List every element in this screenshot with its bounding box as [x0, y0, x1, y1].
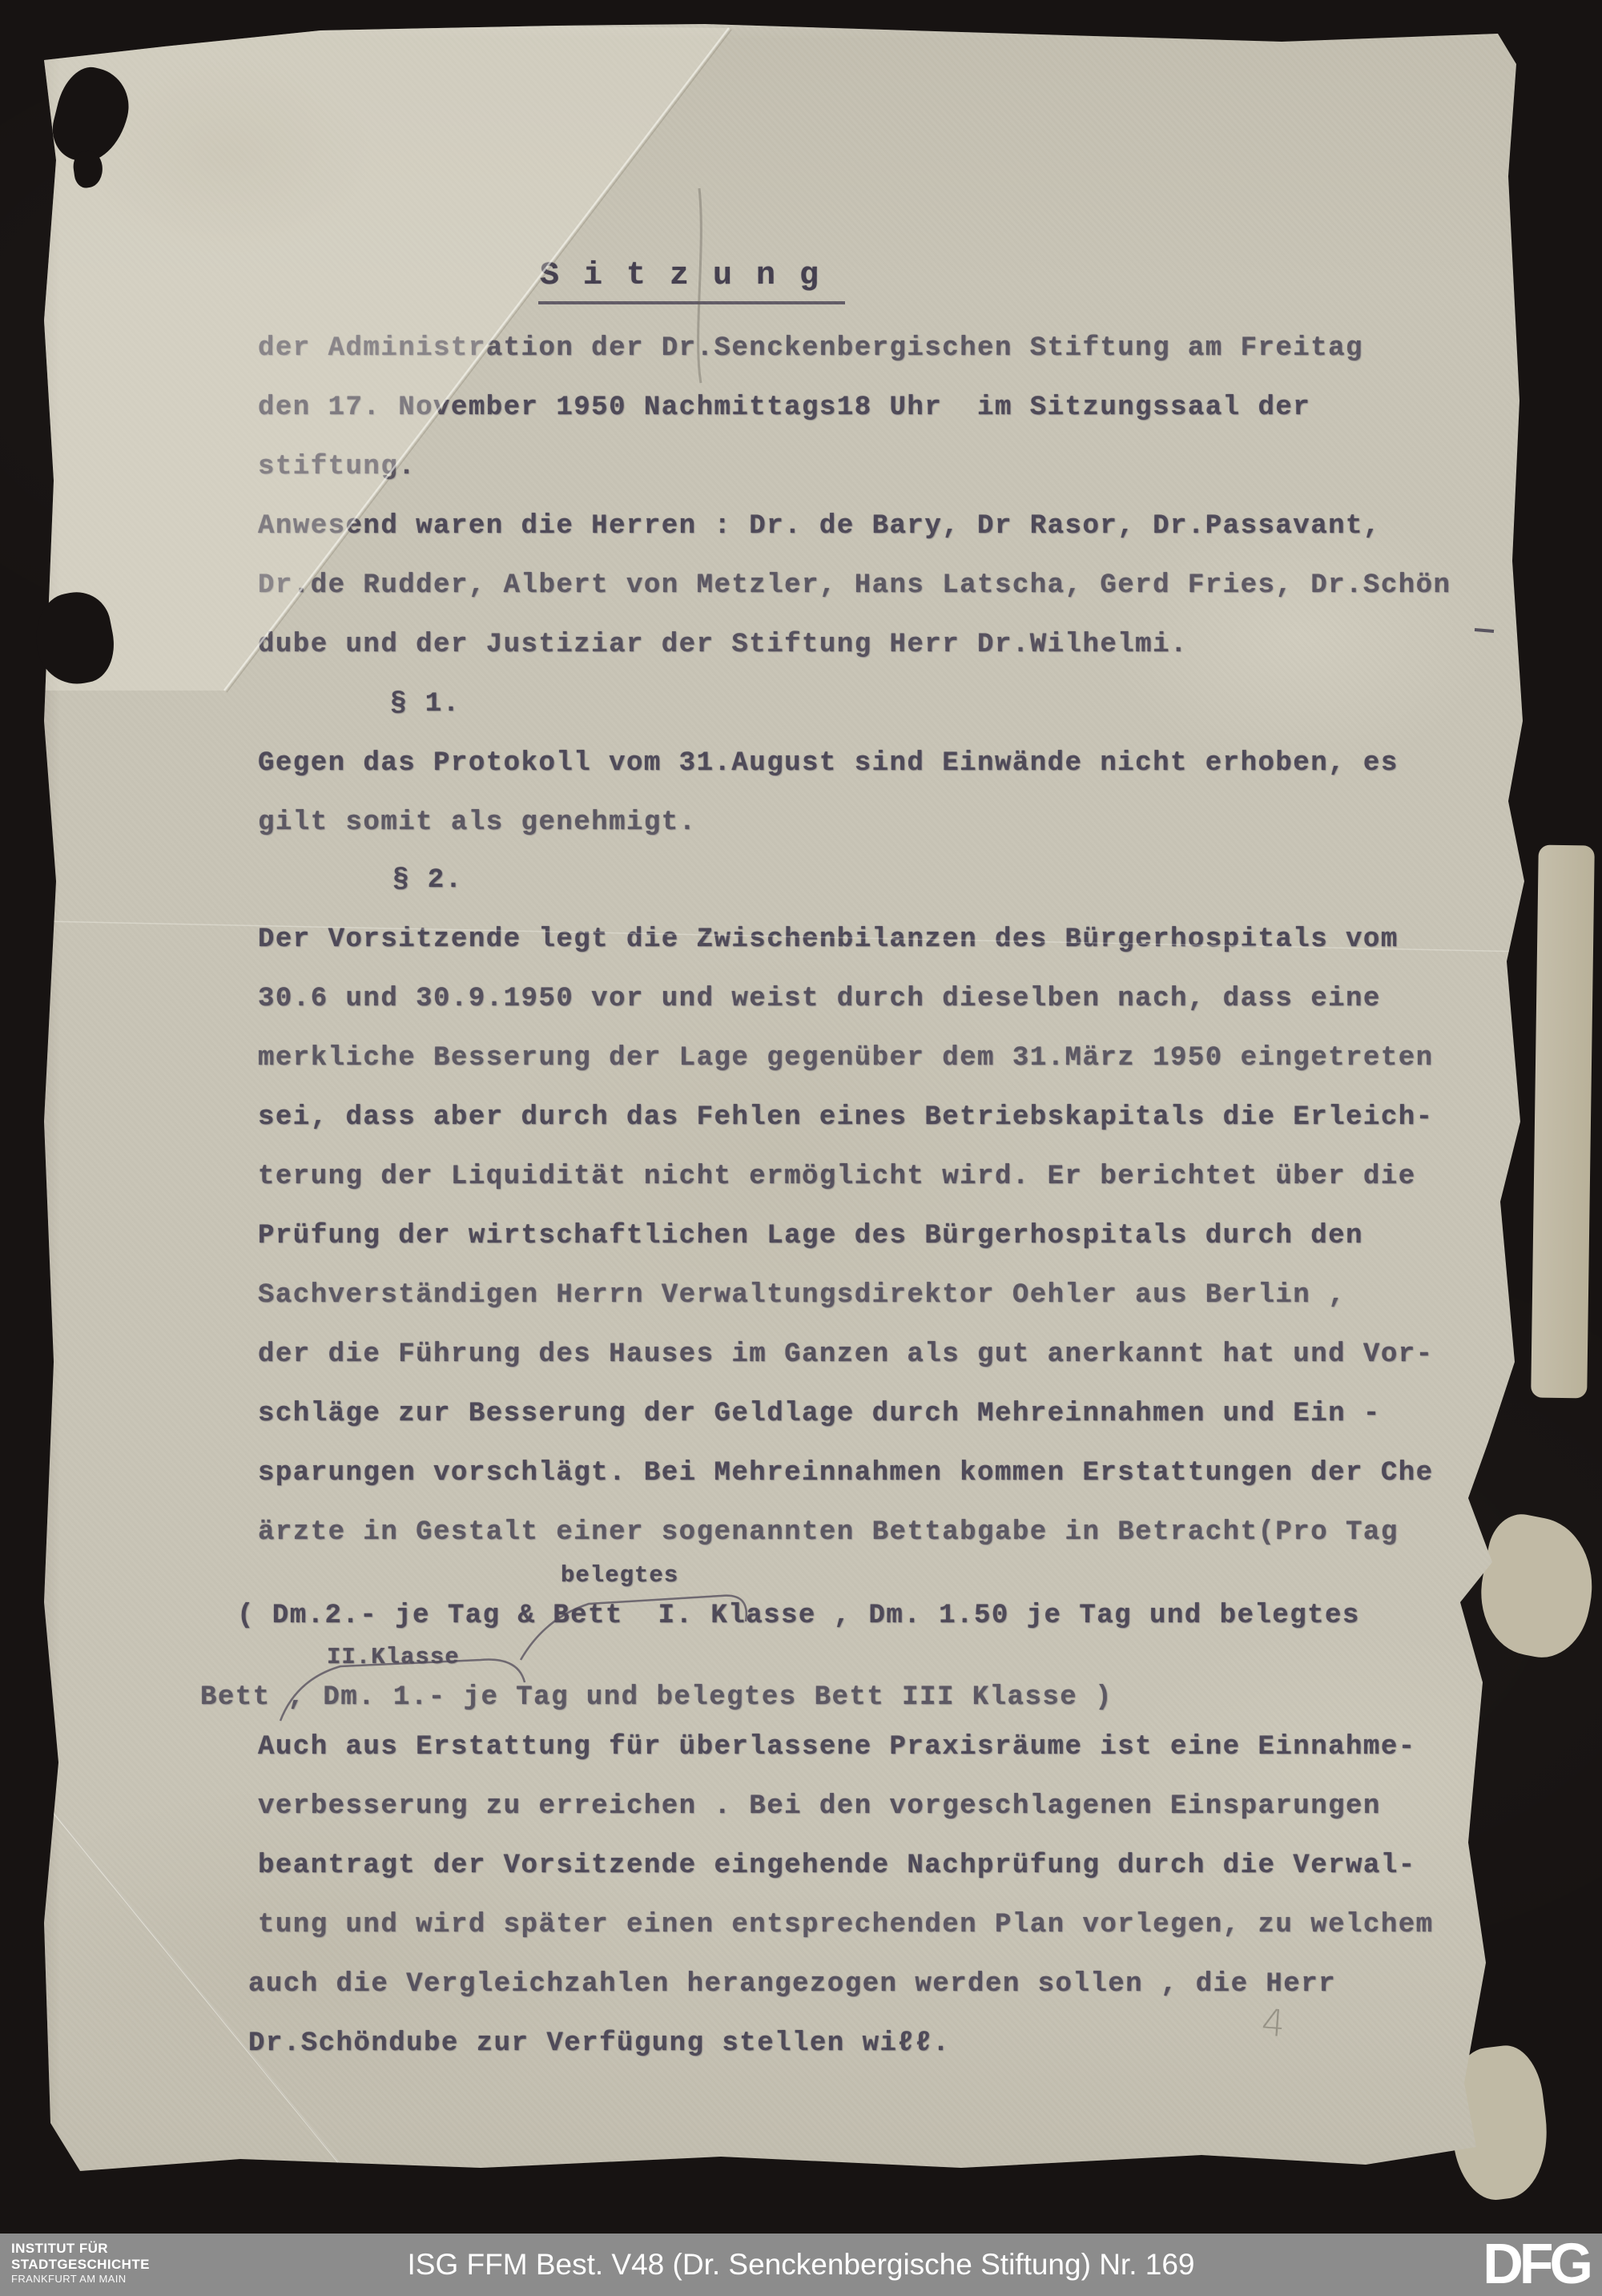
document-line: Dr.de Rudder, Albert von Metzler, Hans L… — [258, 572, 1451, 599]
document-line: sei, dass aber durch das Fehlen eines Be… — [258, 1104, 1434, 1131]
section-heading: § 1. — [390, 691, 461, 718]
document-line: Gegen das Protokoll vom 31.August sind E… — [258, 750, 1399, 777]
backing-tissue-strip — [1531, 845, 1595, 1399]
archive-scan-viewer: { "document": { "title": "S i t z u n g"… — [0, 0, 1602, 2296]
document-line: verbesserung zu erreichen . Bei den vorg… — [258, 1793, 1381, 1820]
document-line: sparungen vorschlägt. Bei Mehreinnahmen … — [258, 1460, 1434, 1487]
institute-name-line1: INSTITUT FÜR — [11, 2241, 150, 2257]
document-line: dube und der Justiziar der Stiftung Herr… — [258, 631, 1188, 659]
document-line: merkliche Besserung der Lage gegenüber d… — [258, 1045, 1434, 1072]
dfg-logo: DFG — [1483, 2235, 1589, 2292]
archive-footer: INSTITUT FÜR STADTGESCHICHTE FRANKFURT A… — [0, 2234, 1602, 2296]
document-line: terung der Liquidität nicht ermöglicht w… — [258, 1163, 1416, 1190]
document-line: beantragt der Vorsitzende eingehende Nac… — [258, 1852, 1416, 1879]
document-line: ärzte in Gestalt einer sogenannten Betta… — [258, 1519, 1399, 1546]
handwritten-insert-line: II.Klasse — [327, 1645, 460, 1669]
handwritten-page-number: 4 — [1260, 2000, 1286, 2045]
document-line: auch die Vergleichzahlen herangezogen we… — [248, 1971, 1336, 1998]
document-line: Bett , Dm. 1.- je Tag und belegtes Bett … — [200, 1684, 1113, 1711]
document-line: der Administration der Dr.Senckenbergisc… — [258, 335, 1363, 362]
document-line: tung und wird später einen entsprechende… — [258, 1911, 1434, 1939]
hyphen-mark — [1475, 630, 1494, 631]
document-page: S i t z u n g 4 der Administration der D… — [44, 24, 1574, 2211]
institute-logo: INSTITUT FÜR STADTGESCHICHTE FRANKFURT A… — [11, 2241, 150, 2286]
document-line: Der Vorsitzende legt die Zwischenbilanze… — [258, 926, 1399, 953]
document-line: schläge zur Besserung der Geldlage durch… — [258, 1400, 1381, 1428]
document-line: Prüfung der wirtschaftlichen Lage des Bü… — [258, 1223, 1363, 1250]
document-line: ( Dm.2.- je Tag & Bett I. Klasse , Dm. 1… — [237, 1602, 1360, 1629]
torn-paper-flap — [1470, 1509, 1602, 1665]
section-heading: § 2. — [392, 867, 463, 894]
archive-reference: ISG FFM Best. V48 (Dr. Senckenbergische … — [408, 2248, 1195, 2282]
document-line: gilt somit als genehmigt. — [258, 809, 697, 836]
handwritten-insert-line: belegtes — [561, 1564, 678, 1587]
document-line: stiftung. — [258, 453, 416, 481]
document-line: den 17. November 1950 Nachmittags18 Uhr … — [258, 394, 1310, 421]
document-title: S i t z u n g — [538, 258, 845, 304]
document-line: Auch aus Erstattung für überlassene Prax… — [258, 1734, 1416, 1761]
document-line: Dr.Schöndube zur Verfügung stellen wiℓℓ. — [248, 2030, 950, 2057]
document-line: Anwesend waren die Herren : Dr. de Bary,… — [258, 513, 1381, 540]
institute-name-line2: STADTGESCHICHTE — [11, 2257, 150, 2273]
document-line: 30.6 und 30.9.1950 vor und weist durch d… — [258, 985, 1381, 1013]
institute-name-line3: FRANKFURT AM MAIN — [11, 2273, 150, 2285]
document-line: Sachverständigen Herrn Verwaltungsdirekt… — [258, 1282, 1346, 1309]
document-line: der die Führung des Hauses im Ganzen als… — [258, 1341, 1434, 1368]
